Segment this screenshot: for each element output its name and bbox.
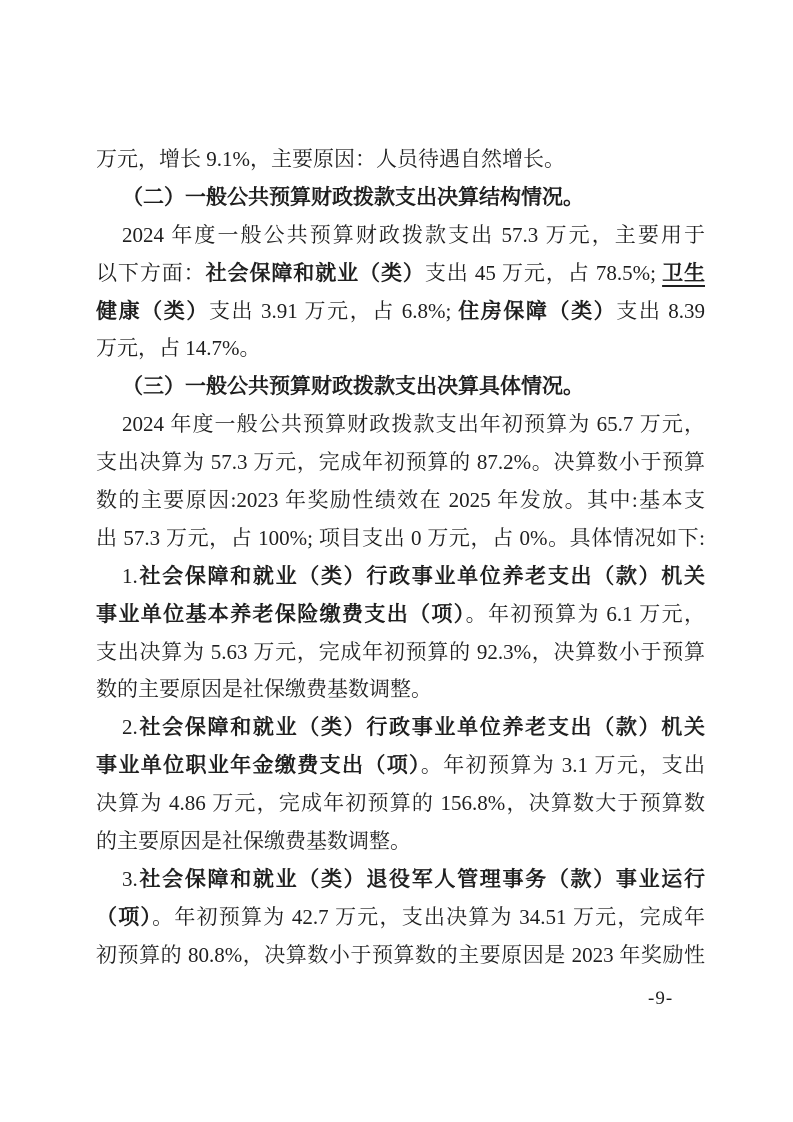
text-run: 出 57.3 万元，占 100%; 项目支出 0 万元，占 0%。具体情况如下: xyxy=(96,526,705,550)
text-run: 。年初预算为 42.7 万元，支出决算为 34.51 万元，完成年 xyxy=(152,905,705,929)
emphasis-text-run: 事业单位基本养老保险缴费支出（项） xyxy=(96,602,466,626)
text-run: 以下方面： xyxy=(96,261,206,285)
emphasis-text-run: 社会保障和就业（类）行政事业单位养老支出（款）机关 xyxy=(138,564,705,588)
text-line: 事业单位基本养老保险缴费支出（项）。年初预算为 6.1 万元， xyxy=(96,596,705,634)
text-line: 支出决算为 57.3 万元，完成年初预算的 87.2%。决算数小于预算 xyxy=(96,444,705,482)
text-run: 万元，占 14.7%。 xyxy=(96,336,261,360)
text-run: 的主要原因是社保缴费基数调整。 xyxy=(96,829,411,853)
text-line: 2024 年度一般公共预算财政拨款支出 57.3 万元，主要用于 xyxy=(96,217,705,255)
emphasis-text-run: 社会保障和就业（类） xyxy=(206,261,425,285)
section-heading: （三）一般公共预算财政拨款支出决算具体情况。 xyxy=(96,368,705,406)
text-line: 2024 年度一般公共预算财政拨款支出年初预算为 65.7 万元， xyxy=(96,406,705,444)
text-line: 数的主要原因:2023 年奖励性绩效在 2025 年发放。其中:基本支 xyxy=(96,482,705,520)
text-run: 数的主要原因:2023 年奖励性绩效在 2025 年发放。其中:基本支 xyxy=(96,488,705,512)
text-line: 万元，增长 9.1%，主要原因：人员待遇自然增长。 xyxy=(96,141,705,179)
emphasis-text-run: 事业单位职业年金缴费支出（项） xyxy=(96,753,421,777)
text-run: 3. xyxy=(122,867,138,891)
text-line: 2.社会保障和就业（类）行政事业单位养老支出（款）机关 xyxy=(96,709,705,747)
text-line: 决算为 4.86 万元，完成年初预算的 156.8%，决算数大于预算数 xyxy=(96,785,705,823)
text-line: 事业单位职业年金缴费支出（项）。年初预算为 3.1 万元，支出 xyxy=(96,747,705,785)
emphasis-text-run: （二）一般公共预算财政拨款支出决算结构情况。 xyxy=(122,185,584,209)
document-body: 万元，增长 9.1%，主要原因：人员待遇自然增长。（二）一般公共预算财政拨款支出… xyxy=(96,141,705,975)
text-run: 决算为 4.86 万元，完成年初预算的 156.8%，决算数大于预算数 xyxy=(96,791,705,815)
emphasis-text-run: 卫生 xyxy=(662,261,705,285)
text-run: 支出决算为 5.63 万元，完成年初预算的 92.3%，决算数小于预算 xyxy=(96,640,705,664)
text-run: 。年初预算为 3.1 万元，支出 xyxy=(421,753,705,777)
section-heading: （二）一般公共预算财政拨款支出决算结构情况。 xyxy=(96,179,705,217)
text-run: 万元，增长 9.1%，主要原因：人员待遇自然增长。 xyxy=(96,147,565,171)
text-line: 万元，占 14.7%。 xyxy=(96,330,705,368)
page-number: -9- xyxy=(648,985,673,1013)
text-run: 支出 8.39 xyxy=(616,299,705,323)
text-line: 的主要原因是社保缴费基数调整。 xyxy=(96,823,705,861)
emphasis-text-run: 健康（类） xyxy=(96,299,209,323)
text-line: 支出决算为 5.63 万元，完成年初预算的 92.3%，决算数小于预算 xyxy=(96,634,705,672)
text-line: 以下方面：社会保障和就业（类）支出 45 万元，占 78.5%; 卫生 xyxy=(96,255,705,293)
emphasis-text-run: 社会保障和就业（类）退役军人管理事务（款）事业运行 xyxy=(138,867,705,891)
text-run: 。年初预算为 6.1 万元， xyxy=(466,602,705,626)
text-line: 初预算的 80.8%，决算数小于预算数的主要原因是 2023 年奖励性 xyxy=(96,937,705,975)
text-run: 2. xyxy=(122,715,138,739)
emphasis-text-run: （项） xyxy=(96,905,152,929)
text-line: 3.社会保障和就业（类）退役军人管理事务（款）事业运行 xyxy=(96,861,705,899)
text-run: 支出 45 万元，占 78.5%; xyxy=(425,261,662,285)
text-line: 出 57.3 万元，占 100%; 项目支出 0 万元，占 0%。具体情况如下: xyxy=(96,520,705,558)
text-line: 健康（类）支出 3.91 万元，占 6.8%; 住房保障（类）支出 8.39 xyxy=(96,293,705,331)
text-run: 支出 3.91 万元，占 6.8%; xyxy=(209,299,458,323)
text-line: 数的主要原因是社保缴费基数调整。 xyxy=(96,671,705,709)
text-run: 2024 年度一般公共预算财政拨款支出年初预算为 65.7 万元， xyxy=(122,412,705,436)
text-line: （项）。年初预算为 42.7 万元，支出决算为 34.51 万元，完成年 xyxy=(96,899,705,937)
text-run: 初预算的 80.8%，决算数小于预算数的主要原因是 2023 年奖励性 xyxy=(96,943,705,967)
text-line: 1.社会保障和就业（类）行政事业单位养老支出（款）机关 xyxy=(96,558,705,596)
text-run: 1. xyxy=(122,564,138,588)
emphasis-text-run: 住房保障（类） xyxy=(458,299,616,323)
text-run: 数的主要原因是社保缴费基数调整。 xyxy=(96,677,432,701)
emphasis-text-run: （三）一般公共预算财政拨款支出决算具体情况。 xyxy=(122,374,584,398)
text-run: 2024 年度一般公共预算财政拨款支出 57.3 万元，主要用于 xyxy=(122,223,705,247)
emphasis-text-run: 社会保障和就业（类）行政事业单位养老支出（款）机关 xyxy=(138,715,705,739)
text-run: 支出决算为 57.3 万元，完成年初预算的 87.2%。决算数小于预算 xyxy=(96,450,705,474)
